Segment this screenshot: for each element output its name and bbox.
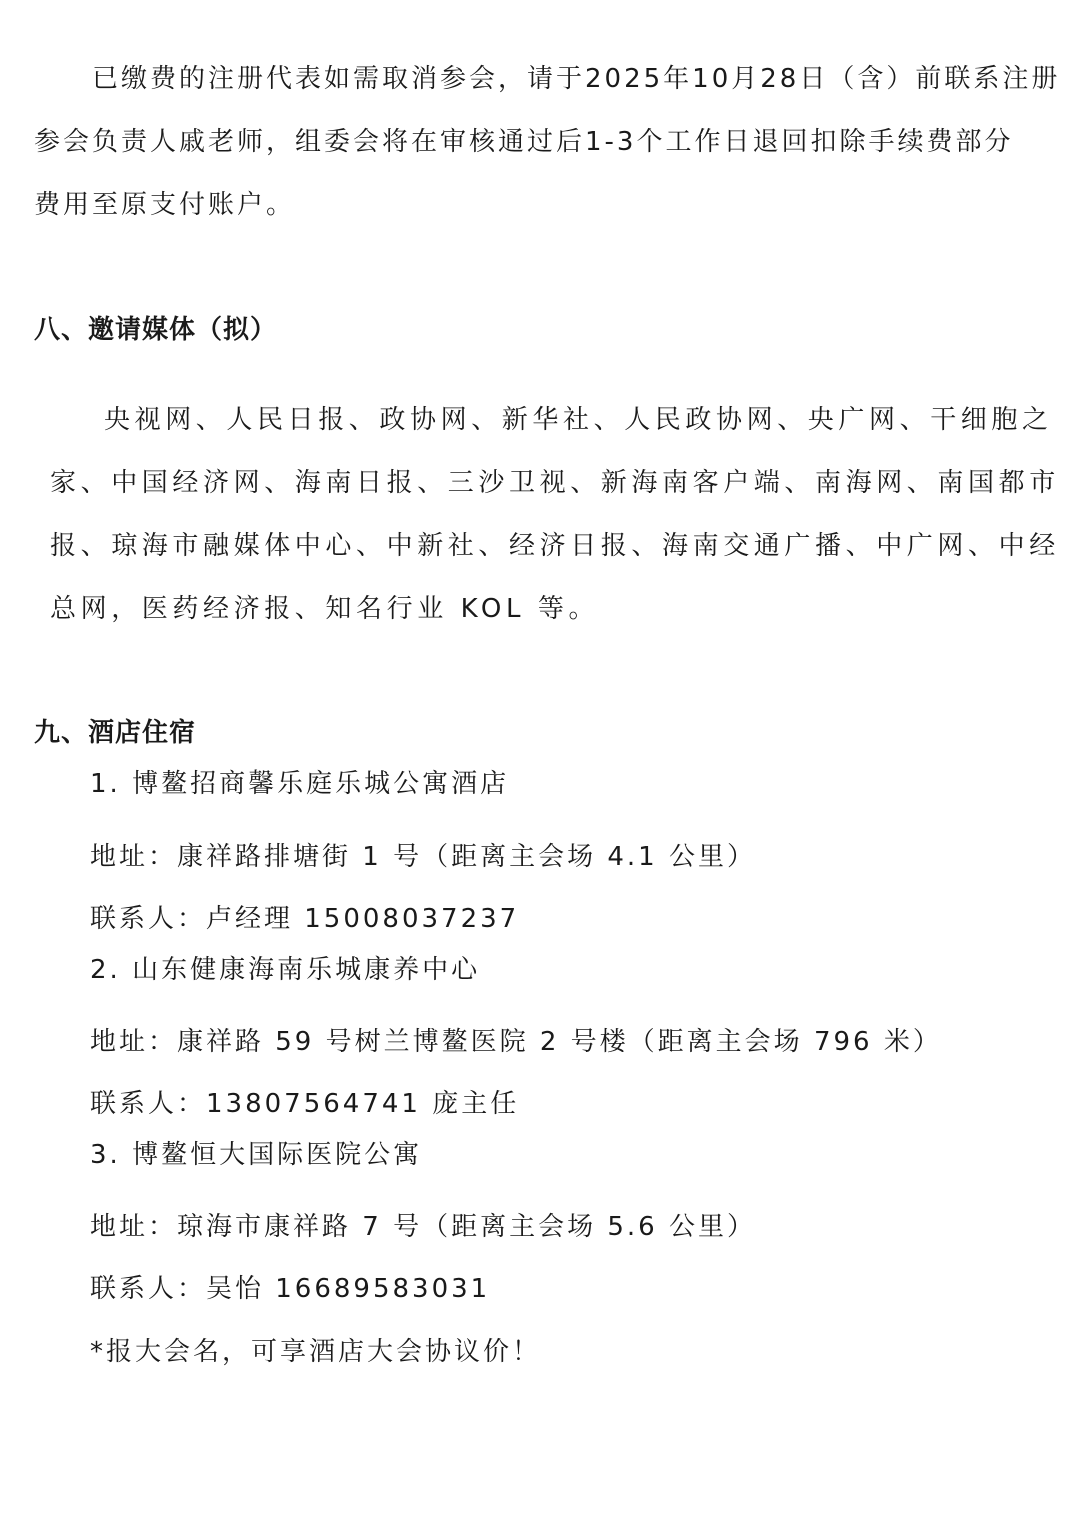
hotel-name: 3. 博鳌恒大国际医院公寓 <box>90 1140 422 1170</box>
hotel-contact: 联系人：13807564741 庞主任 <box>90 1089 519 1119</box>
hotel-rate-note: *报大会名，可享酒店大会协议价！ <box>90 1337 541 1367</box>
media-list-line: 家、中国经济网、海南日报、三沙卫视、新海南客户端、南海网、南国都市 <box>50 468 1060 498</box>
hotel-name: 2. 山东健康海南乐城康养中心 <box>90 955 480 985</box>
hotel-address: 地址：康祥路 59 号树兰博鳌医院 2 号楼（距离主会场 796 米） <box>90 1027 942 1057</box>
hotel-address: 地址：琼海市康祥路 7 号（距离主会场 5.6 公里） <box>90 1212 756 1242</box>
hotel-address: 地址：康祥路排塘街 1 号（距离主会场 4.1 公里） <box>90 842 756 872</box>
media-list-line: 央视网、人民日报、政协网、新华社、人民政协网、央广网、干细胞之 <box>104 405 1053 435</box>
paragraph-line: 已缴费的注册代表如需取消参会，请于2025年10月28日（含）前联系注册 <box>92 64 1060 94</box>
hotel-contact: 联系人：吴怡 16689583031 <box>90 1274 490 1304</box>
hotel-contact: 联系人：卢经理 15008037237 <box>90 904 519 934</box>
media-list-line: 报、琼海市融媒体中心、中新社、经济日报、海南交通广播、中广网、中经 <box>50 531 1060 561</box>
section-heading: 八、邀请媒体（拟） <box>34 315 277 345</box>
paragraph-line: 费用至原支付账户。 <box>34 190 295 220</box>
hotel-name: 1. 博鳌招商馨乐庭乐城公寓酒店 <box>90 769 509 799</box>
media-list-line: 总网，医药经济报、知名行业 KOL 等。 <box>50 594 599 624</box>
section-heading: 九、酒店住宿 <box>34 718 196 748</box>
paragraph-line: 参会负责人戚老师，组委会将在审核通过后1-3个工作日退回扣除手续费部分 <box>34 127 1013 157</box>
